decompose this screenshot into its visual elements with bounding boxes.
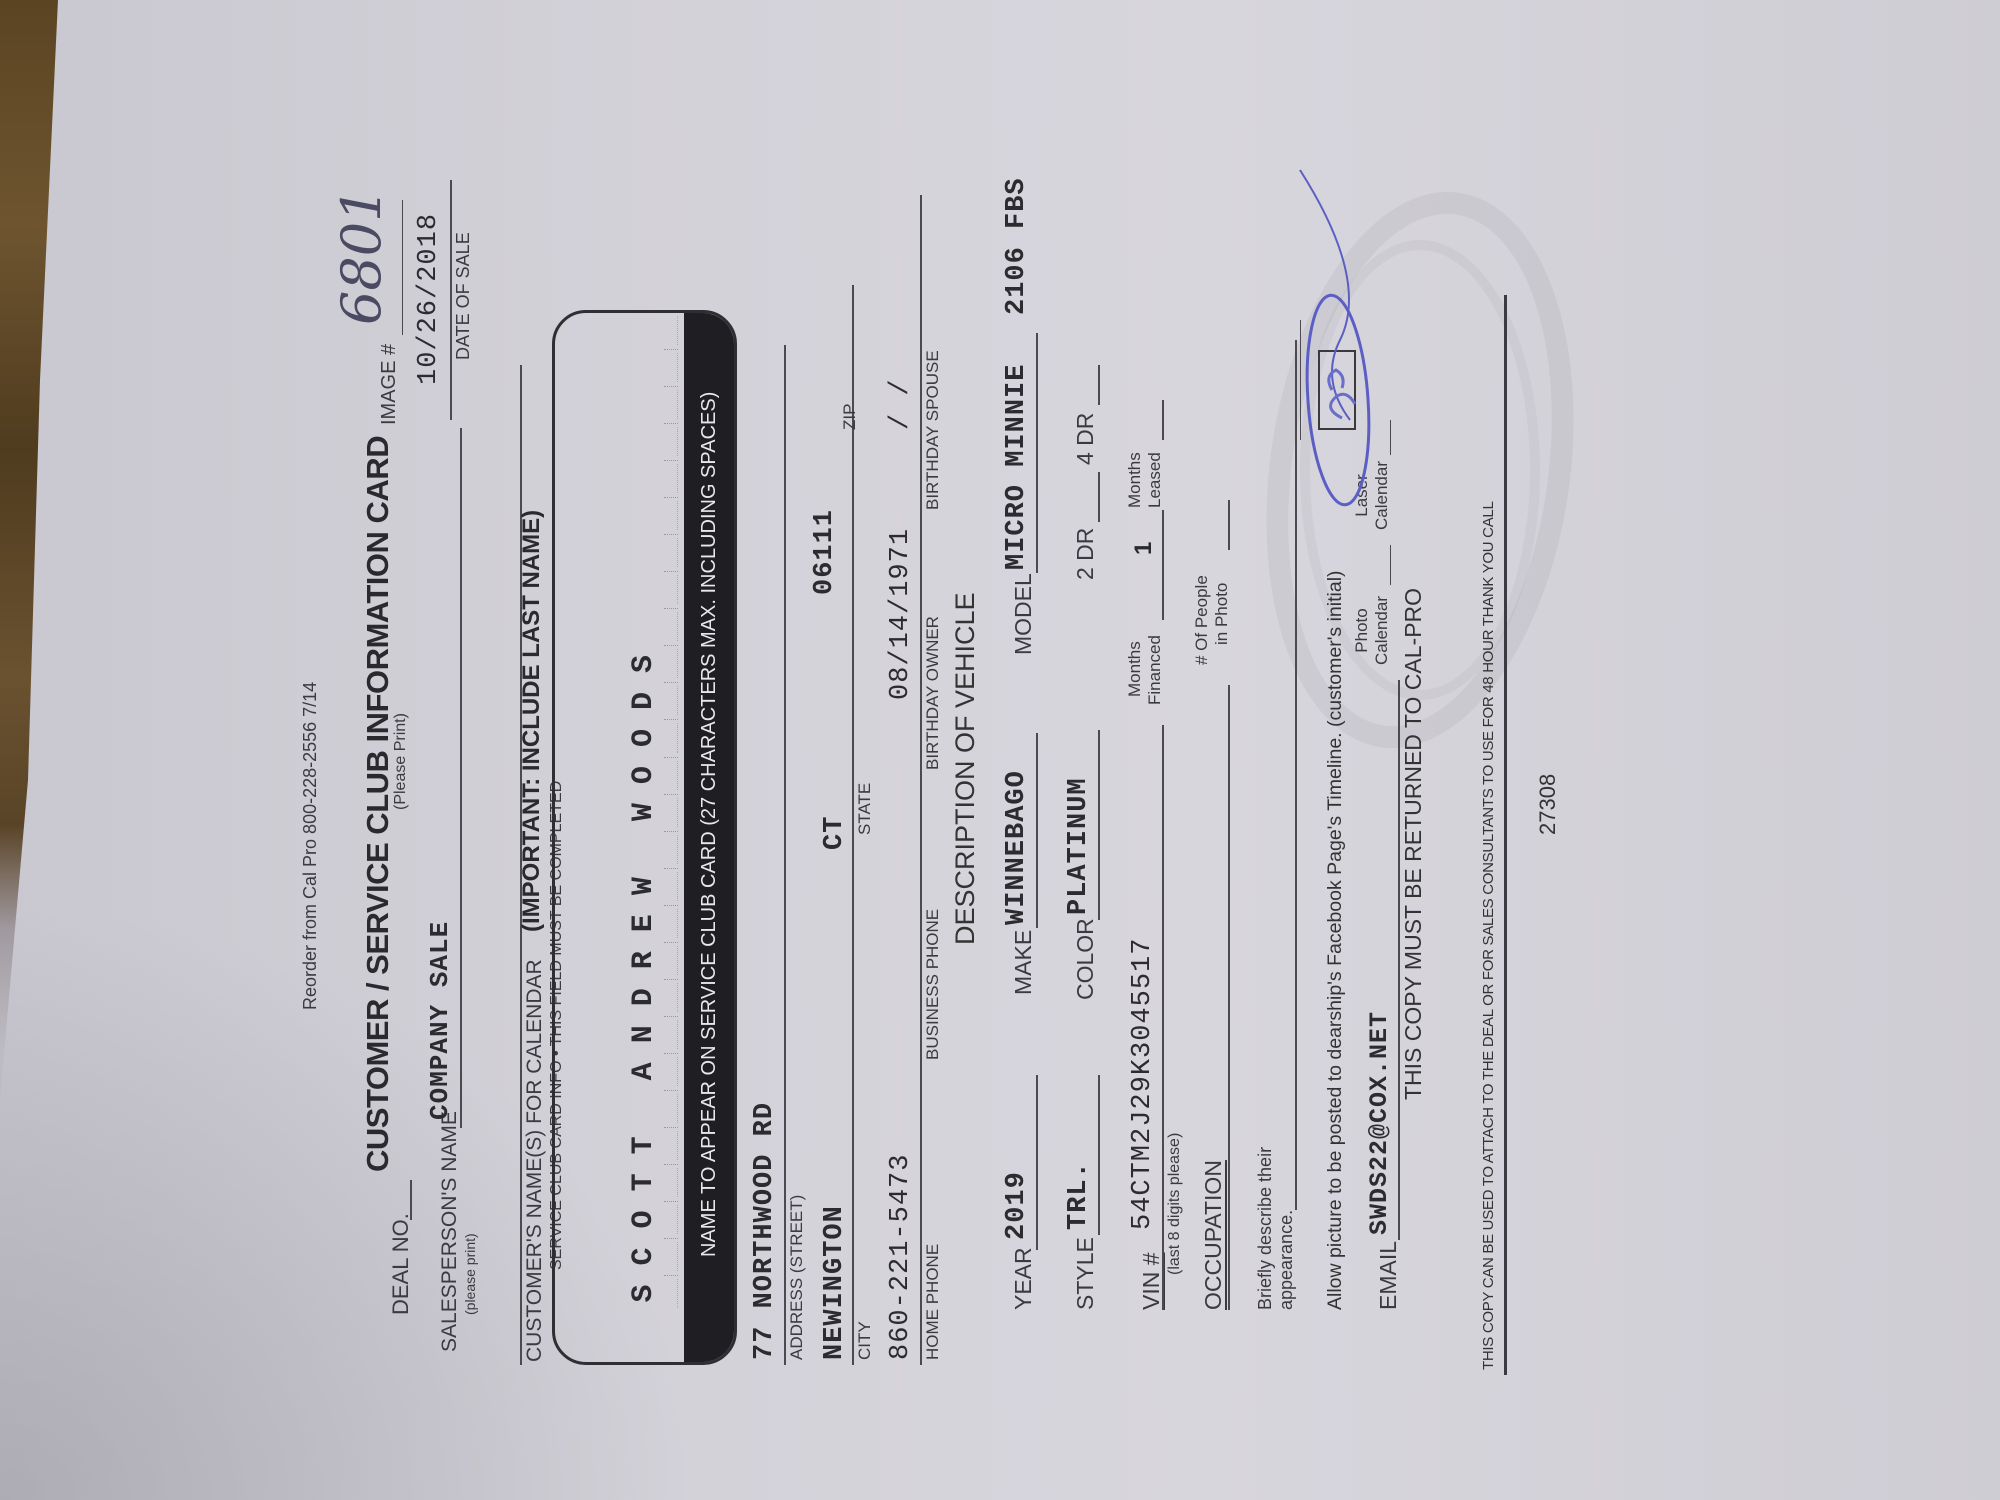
card-name-slot[interactable] xyxy=(613,460,678,497)
model-field xyxy=(1036,333,1038,573)
customer-initial-box[interactable] xyxy=(1318,350,1356,430)
appearance-label-2: appearance. xyxy=(1276,1147,1297,1310)
service-club-card-name-box[interactable]: SCOTT ANDREW WOODS NAME TO APPEAR ON SER… xyxy=(552,310,737,1365)
vin-label: VIN # xyxy=(1138,1252,1165,1310)
state-label: STATE xyxy=(855,783,875,835)
card-name-slot[interactable]: D xyxy=(613,682,678,719)
photo-calendar-label: Photo Calendar xyxy=(1352,596,1392,665)
occupation-label: OCCUPATION xyxy=(1200,1160,1227,1310)
four-door-field[interactable] xyxy=(1098,365,1100,405)
model-label: MODEL xyxy=(1010,573,1037,655)
year-label: YEAR xyxy=(1010,1247,1037,1310)
two-door-label: 2 DR xyxy=(1072,528,1099,580)
card-name-slot[interactable] xyxy=(613,349,678,386)
vin-value[interactable]: 54CTM2J29K3045517 xyxy=(1128,938,1158,1230)
color-value[interactable]: PLATINUM xyxy=(1064,777,1094,915)
photo-calendar-label-1: Photo xyxy=(1352,596,1372,665)
customer-name-important: (IMPORTANT: INCLUDE LAST NAME) xyxy=(518,510,546,932)
image-no-value[interactable]: 6801 xyxy=(330,188,393,325)
consent-rule xyxy=(1300,320,1301,440)
card-name-slot[interactable] xyxy=(613,386,678,423)
city-state-zip-field xyxy=(852,285,854,1365)
card-name-slot[interactable]: E xyxy=(613,905,678,942)
photo-calendar-field[interactable] xyxy=(1390,545,1391,585)
footer-rule xyxy=(1504,295,1507,1375)
date-of-sale-field xyxy=(450,180,452,420)
model-value[interactable]: MICRO MINNIE xyxy=(1002,364,1032,570)
card-name-slot[interactable]: C xyxy=(613,1238,678,1275)
months-financed-label-1: Months xyxy=(1125,635,1145,705)
color-label: COLOR xyxy=(1072,918,1099,1000)
address-value[interactable]: 77 NORTHWOOD RD xyxy=(750,1102,780,1360)
home-phone-label: HOME PHONE xyxy=(923,1244,943,1360)
card-strip: NAME TO APPEAR ON SERVICE CLUB CARD (27 … xyxy=(684,313,734,1362)
zip-label: ZIP xyxy=(840,404,860,430)
business-phone-label: BUSINESS PHONE xyxy=(923,909,943,1060)
service-club-information-card: Reorder from Cal Pro 800-228-2556 7/14 D… xyxy=(290,150,1580,1390)
address-field xyxy=(784,345,786,1365)
months-financed-label: Months Financed xyxy=(1125,635,1165,705)
card-name-slot[interactable]: O xyxy=(613,757,678,794)
months-financed-field[interactable] xyxy=(1162,510,1164,620)
city-label: CITY xyxy=(855,1321,875,1360)
style-field xyxy=(1098,1075,1100,1235)
year-value[interactable]: 2019 xyxy=(1002,1171,1032,1240)
card-name-slot[interactable] xyxy=(613,534,678,571)
email-label: EMAIL xyxy=(1375,1241,1402,1310)
card-name-slot[interactable]: O xyxy=(613,720,678,757)
salesperson-field xyxy=(460,428,462,1128)
make-value[interactable]: WINNEBAGO xyxy=(1002,770,1032,925)
facebook-consent-text: Allow picture to be posted to dearship's… xyxy=(1324,570,1347,1310)
people-in-photo-label-2: in Photo xyxy=(1212,575,1232,665)
photo-calendar-label-2: Calendar xyxy=(1372,596,1392,665)
card-name-slot[interactable]: R xyxy=(613,942,678,979)
return-notice: THIS COPY MUST BE RETURNED TO CAL-PRO xyxy=(1400,588,1427,1100)
birthday-owner-value[interactable]: 08/14/1971 xyxy=(886,528,916,700)
customer-name-label: CUSTOMER'S NAME(S) FOR CALENDAR xyxy=(523,959,547,1362)
year-field xyxy=(1036,1075,1038,1250)
appearance-field[interactable] xyxy=(1295,340,1297,1210)
months-leased-tail xyxy=(1162,400,1164,440)
address-label: ADDRESS (STREET) xyxy=(787,1195,807,1360)
months-financed-label-2: Financed xyxy=(1145,635,1165,705)
card-name-slot[interactable] xyxy=(613,831,678,868)
card-name-slot[interactable]: D xyxy=(613,979,678,1016)
four-door-label: 4 DR xyxy=(1072,413,1099,465)
birthday-owner-label: BIRTHDAY OWNER xyxy=(923,616,943,770)
card-name-slot[interactable]: T xyxy=(613,1164,678,1201)
style-value[interactable]: TRL. xyxy=(1064,1161,1094,1230)
color-field xyxy=(1098,730,1100,920)
card-name-slot[interactable] xyxy=(613,571,678,608)
zip-value[interactable]: 06111 xyxy=(810,509,840,595)
card-name-slot[interactable] xyxy=(613,312,678,349)
card-name-slot[interactable]: S xyxy=(613,1275,678,1312)
months-leased-label: Months Leased xyxy=(1125,452,1165,508)
birthday-spouse-label: BIRTHDAY SPOUSE xyxy=(923,350,943,510)
appearance-label-1: Briefly describe their xyxy=(1255,1147,1276,1310)
people-in-photo-label: # Of People in Photo xyxy=(1192,575,1232,665)
card-name-slot[interactable]: T xyxy=(613,1127,678,1164)
reorder-line: Reorder from Cal Pro 800-228-2556 7/14 xyxy=(300,682,321,1010)
model-extra-value[interactable]: 2106 FBS xyxy=(1002,177,1032,315)
deal-no-label: DEAL NO. xyxy=(388,1213,414,1315)
vin-field xyxy=(1162,725,1164,1310)
laser-calendar-label: Laser Calendar xyxy=(1352,461,1392,530)
vehicle-heading: DESCRIPTION OF VEHICLE xyxy=(950,592,981,945)
city-value[interactable]: NEWINGTON xyxy=(820,1205,850,1360)
form-title: CUSTOMER / SERVICE CLUB INFORMATION CARD xyxy=(360,436,396,1172)
card-name-slot[interactable]: O xyxy=(613,1201,678,1238)
form-title-sub: (Please Print) xyxy=(392,713,410,810)
salesperson-sublabel: (please print) xyxy=(462,1233,478,1315)
form-number: 27308 xyxy=(1535,774,1561,835)
make-field xyxy=(1036,733,1038,928)
image-no-field xyxy=(402,200,403,335)
appearance-label: Briefly describe their appearance. xyxy=(1255,1147,1297,1310)
months-leased-label-1: Months xyxy=(1125,452,1145,508)
salesperson-label: SALESPERSON'S NAME xyxy=(438,1111,462,1352)
date-of-sale-value[interactable]: 10/26/2018 xyxy=(414,213,444,385)
vin-sublabel: (last 8 digits please) xyxy=(1166,1133,1184,1275)
salesperson-value[interactable]: COMPANY SALE xyxy=(425,921,455,1120)
laser-calendar-label-2: Calendar xyxy=(1372,461,1392,530)
date-of-sale-label: DATE OF SALE xyxy=(453,232,474,360)
make-label: MAKE xyxy=(1010,930,1037,995)
state-value[interactable]: CT xyxy=(820,816,850,850)
footer-notice: THIS COPY CAN BE USED TO ATTACH TO THE D… xyxy=(1480,501,1497,1370)
card-name-slot[interactable]: A xyxy=(613,1053,678,1090)
months-leased-value[interactable]: 1 xyxy=(1130,542,1158,555)
two-door-field[interactable] xyxy=(1098,472,1100,522)
card-name-slots[interactable]: SCOTT ANDREW WOODS xyxy=(613,312,678,1312)
phone-birthday-field xyxy=(920,195,922,1365)
card-name-slot[interactable] xyxy=(613,423,678,460)
home-phone-value[interactable]: 860-221-5473 xyxy=(886,1154,916,1360)
deal-no-field[interactable] xyxy=(410,1180,412,1220)
occupation-field[interactable] xyxy=(1228,685,1230,1310)
image-no-label: IMAGE # xyxy=(378,344,401,425)
laser-calendar-field[interactable] xyxy=(1390,420,1391,455)
laser-calendar-label-1: Laser xyxy=(1352,461,1372,530)
people-in-photo-field[interactable] xyxy=(1228,500,1230,550)
card-name-slot[interactable] xyxy=(613,497,678,534)
card-name-slot[interactable]: S xyxy=(613,645,678,682)
card-name-slot[interactable] xyxy=(613,1090,678,1127)
card-name-slot[interactable]: W xyxy=(613,794,678,831)
card-name-slot[interactable]: W xyxy=(613,868,678,905)
months-leased-label-2: Leased xyxy=(1145,452,1165,508)
card-name-slot[interactable] xyxy=(613,608,678,645)
card-name-slot[interactable]: N xyxy=(613,1016,678,1053)
people-in-photo-label-1: # Of People xyxy=(1192,575,1212,665)
email-value[interactable]: SWDS22@COX.NET xyxy=(1365,1011,1394,1235)
style-label: STYLE xyxy=(1072,1237,1099,1310)
birthday-spouse-value[interactable]: / / xyxy=(886,378,916,430)
